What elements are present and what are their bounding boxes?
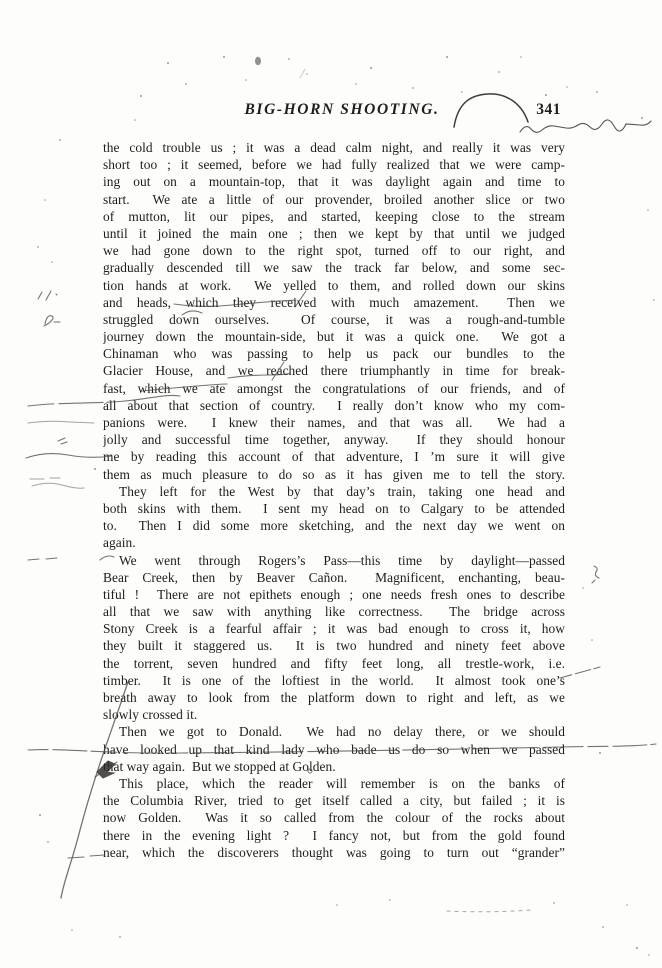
- dash-panions-mark: [28, 421, 94, 423]
- text-line: timber. It is one of the loftiest in the…: [103, 672, 565, 689]
- text-line: Chinaman who was passing to help us pack…: [103, 345, 565, 362]
- dashes-we-went-mark: [28, 556, 114, 560]
- paragraph: This place, which the reader will rememb…: [103, 775, 565, 861]
- margin-loop-l-mark: [44, 316, 60, 326]
- text-line: jolly and successful time together, anyw…: [103, 431, 565, 448]
- text-line: and heads, which they received with much…: [103, 294, 565, 311]
- scanned-book-page: BIG-HORN SHOOTING. 341 the cold trouble …: [0, 0, 662, 968]
- dash-me-by-reading-mark: [26, 454, 112, 458]
- text-line: there in the evening light ? I fancy not…: [103, 827, 565, 844]
- text-line: both skins with them. I sent my head on …: [103, 500, 565, 517]
- text-line: Bear Creek, then by Beaver Cañon. Magnif…: [103, 569, 565, 586]
- text-line: This place, which the reader will rememb…: [103, 775, 565, 792]
- text-line: they built it staggered us. It is two hu…: [103, 637, 565, 654]
- text-line: of mutton, lit our pipes, and started, k…: [103, 208, 565, 225]
- text-line: near, which the discoverers thought was …: [103, 844, 565, 861]
- text-line: now Golden. Was it so called from the co…: [103, 809, 565, 826]
- text-line: journey down the mountain-side, but it w…: [103, 328, 565, 345]
- text-line: the Columbia River, tried to get itself …: [103, 792, 565, 809]
- text-line: the torrent, seven hundred and fifty fee…: [103, 655, 565, 672]
- right-margin-squiggle-mark: [592, 566, 599, 583]
- text-line: gradually descended till we saw the trac…: [103, 259, 565, 276]
- text-line: breath away to look from the platform do…: [103, 689, 565, 706]
- paragraph: the cold trouble us ; it was a dead calm…: [103, 139, 565, 483]
- margin-v-tick-mark: [38, 291, 57, 300]
- text-line: start. We ate a little of our provender,…: [103, 191, 565, 208]
- text-line: until it joined the main one ; then we k…: [103, 225, 565, 242]
- text-line: that way again. But we stopped at Golden…: [103, 758, 565, 775]
- paragraph: We went through Rogers’s Pass—this time …: [103, 552, 565, 724]
- paragraph: Then we got to Donald. We had no delay t…: [103, 723, 565, 775]
- text-line: we had gone down to the right spot, turn…: [103, 242, 565, 259]
- running-header: BIG-HORN SHOOTING. 341: [103, 101, 565, 123]
- text-line: short too ; it seemed, before we had ful…: [103, 156, 565, 173]
- text-line: to. Then I did some more sketching, and …: [103, 517, 565, 534]
- running-title: BIG-HORN SHOOTING.: [244, 101, 439, 119]
- text-line: They left for the West by that day’s tra…: [103, 483, 565, 500]
- text-line: the cold trouble us ; it was a dead calm…: [103, 139, 565, 156]
- tick-jolly-mark: [58, 438, 67, 444]
- text-line: them as much pleasure to do so as it has…: [103, 466, 565, 483]
- text-line: Glacier House, and we reached there triu…: [103, 362, 565, 379]
- bottom-dotted-trail-mark: [447, 910, 531, 912]
- text-line: tiful ! There are not epithets enough ; …: [103, 586, 565, 603]
- text-line: struggled down ourselves. Of course, it …: [103, 311, 565, 328]
- dashes-left-margin-mid-mark: [30, 478, 84, 488]
- text-line: again.: [103, 534, 565, 551]
- paragraph: They left for the West by that day’s tra…: [103, 483, 565, 552]
- text-line: have looked up that kind lady who bade u…: [103, 741, 565, 758]
- bottom-margin-dashes-mark: [68, 855, 104, 858]
- text-line: all about that section of country. I rea…: [103, 397, 565, 414]
- page-number: 341: [536, 101, 561, 119]
- text-line: Then we got to Donald. We had no delay t…: [103, 723, 565, 740]
- text-line: panions were. I knew their names, and th…: [103, 414, 565, 431]
- text-line: slowly crossed it.: [103, 706, 565, 723]
- text-line: tion hands at work. We yelled to them, a…: [103, 277, 565, 294]
- text-line: all that we saw with anything like corre…: [103, 603, 565, 620]
- body-text: the cold trouble us ; it was a dead calm…: [103, 139, 565, 861]
- text-line: Stony Creek is a fearful affair ; it was…: [103, 620, 565, 637]
- text-line: fast, which we ate amongst the congratul…: [103, 380, 565, 397]
- text-line: We went through Rogers’s Pass—this time …: [103, 552, 565, 569]
- text-line: ing out on a mountain-top, that it was d…: [103, 173, 565, 190]
- dash-after-ones-mark: [560, 667, 600, 678]
- text-line: me by reading this account of that adven…: [103, 448, 565, 465]
